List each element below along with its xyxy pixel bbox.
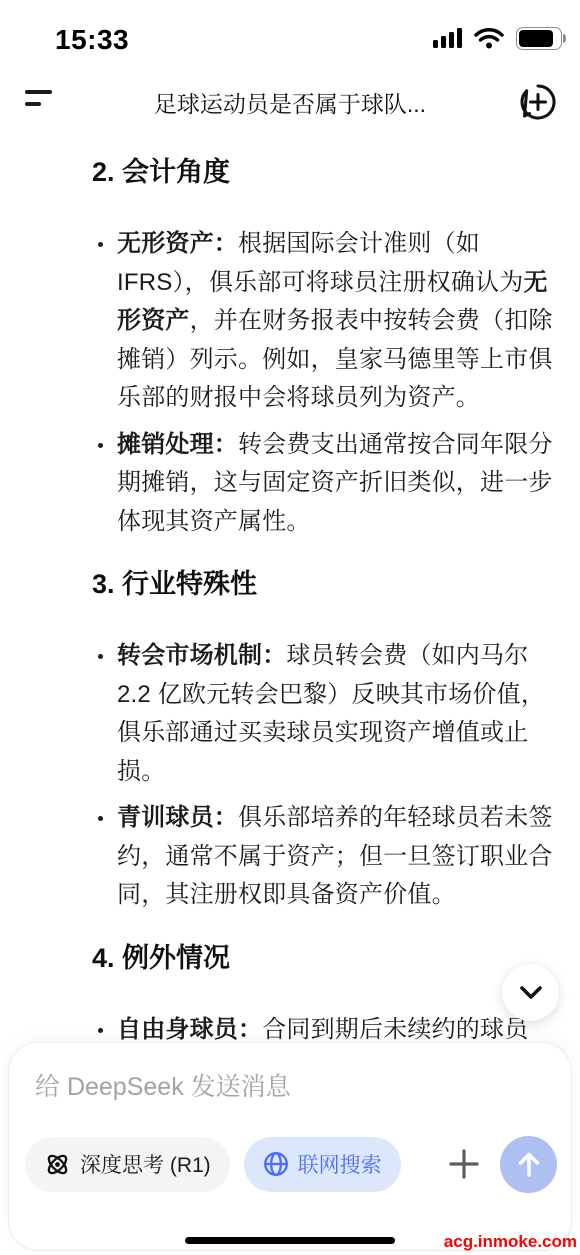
- status-bar: 15:33: [0, 20, 580, 62]
- section-heading: 2. 会计角度: [92, 155, 560, 189]
- bullet-dot-icon: [92, 426, 117, 542]
- globe-icon: [263, 1151, 289, 1177]
- list-item-text: 转会市场机制：球员转会费（如内马尔 2.2 亿欧元转会巴黎）反映其市场价值，俱乐…: [117, 637, 560, 791]
- deep-think-toggle[interactable]: 深度思考 (R1): [25, 1137, 230, 1192]
- section-heading: 3. 行业特殊性: [92, 567, 560, 601]
- list-item: 摊销处理：转会费支出通常按合同年限分期摊销，这与固定资产折旧类似，进一步体现其资…: [92, 426, 560, 542]
- cell-signal-icon: [433, 28, 462, 48]
- assistant-message: 2. 会计角度 无形资产：根据国际会计准则（如 IFRS），俱乐部可将球员注册权…: [92, 155, 560, 1057]
- bullet-dot-icon: [92, 799, 117, 915]
- message-composer: 给 DeepSeek 发送消息 深度思考 (R1) 联网搜索: [8, 1042, 572, 1251]
- bullet-dot-icon: [92, 637, 117, 791]
- chat-title: 足球运动员是否属于球队...: [80, 86, 500, 119]
- message-input[interactable]: 给 DeepSeek 发送消息: [35, 1067, 545, 1103]
- menu-icon[interactable]: [25, 90, 55, 114]
- battery-icon: [516, 27, 562, 50]
- deepseek-chat-screen: 15:33 足球运动员是否属于球队... 2. 会计角度 无形资产：根据国际会计…: [0, 0, 580, 1255]
- new-chat-icon[interactable]: [516, 80, 560, 124]
- list-item: 无形资产：根据国际会计准则（如 IFRS），俱乐部可将球员注册权确认为无形资产，…: [92, 225, 560, 418]
- composer-toolbar: 深度思考 (R1) 联网搜索: [25, 1135, 557, 1193]
- list-item-text: 无形资产：根据国际会计准则（如 IFRS），俱乐部可将球员注册权确认为无形资产，…: [117, 225, 560, 418]
- send-button[interactable]: [500, 1136, 557, 1193]
- web-search-toggle[interactable]: 联网搜索: [244, 1137, 401, 1192]
- deep-think-label: 深度思考 (R1): [80, 1149, 211, 1179]
- chat-header: 足球运动员是否属于球队...: [0, 78, 580, 128]
- status-icons: [433, 26, 562, 50]
- chevron-down-icon: [519, 985, 543, 1001]
- home-indicator[interactable]: [185, 1237, 395, 1244]
- wifi-icon: [474, 26, 504, 50]
- list-item: 转会市场机制：球员转会费（如内马尔 2.2 亿欧元转会巴黎）反映其市场价值，俱乐…: [92, 637, 560, 791]
- arrow-up-icon: [516, 1150, 542, 1178]
- watermark: acg.inmoke.com: [444, 1232, 577, 1252]
- bullet-dot-icon: [92, 225, 117, 418]
- section-heading: 4. 例外情况: [92, 941, 560, 975]
- list-item-text: 青训球员：俱乐部培养的年轻球员若未签约，通常不属于资产；但一旦签订职业合同，其注…: [117, 799, 560, 915]
- web-search-label: 联网搜索: [298, 1149, 382, 1179]
- plus-icon: [448, 1148, 480, 1180]
- attach-button[interactable]: [442, 1142, 486, 1186]
- list-item: 青训球员：俱乐部培养的年轻球员若未签约，通常不属于资产；但一旦签订职业合同，其注…: [92, 799, 560, 915]
- status-time: 15:33: [55, 24, 129, 56]
- scroll-to-bottom-button[interactable]: [502, 964, 559, 1021]
- atom-icon: [44, 1151, 71, 1178]
- list-item-text: 摊销处理：转会费支出通常按合同年限分期摊销，这与固定资产折旧类似，进一步体现其资…: [117, 426, 560, 542]
